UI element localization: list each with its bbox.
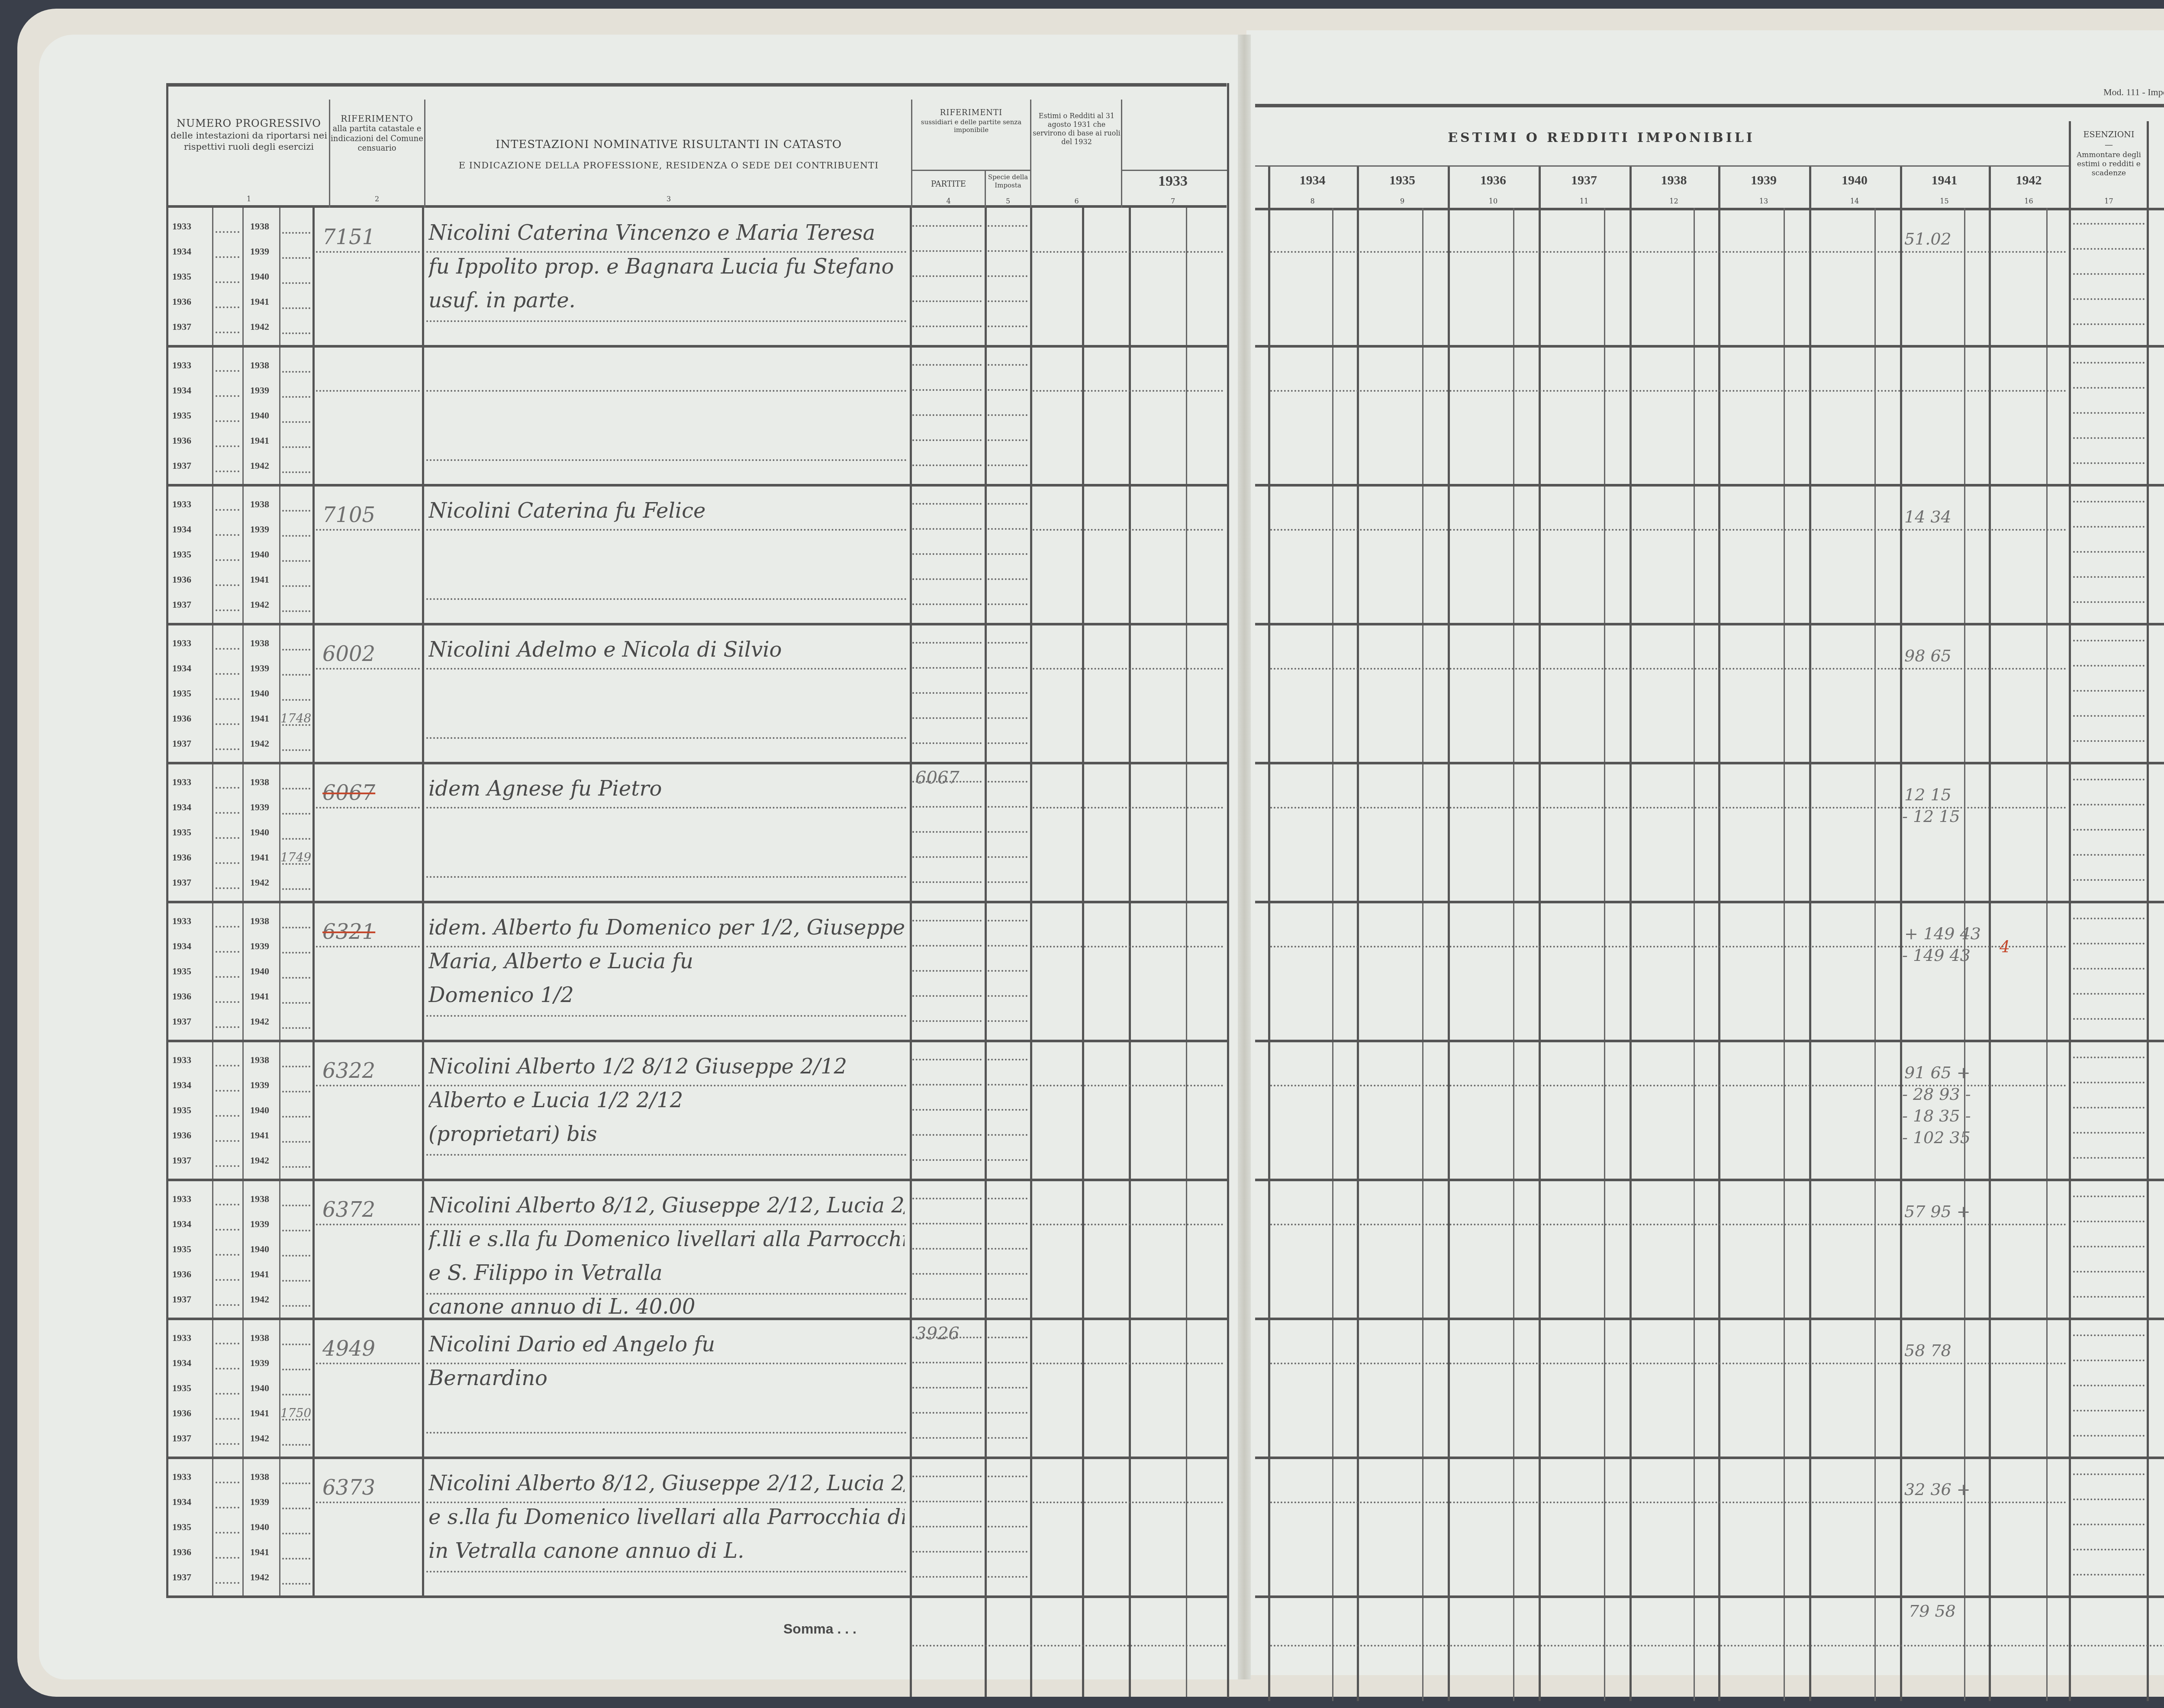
leader-dots <box>216 1393 239 1395</box>
sub-rule <box>911 170 1030 171</box>
esenzioni-line <box>2073 462 2145 464</box>
year-left: 1936 <box>172 296 191 307</box>
owner-name-line: usuf. in parte. <box>428 288 576 313</box>
year-left: 1936 <box>172 713 191 724</box>
cell-line <box>1033 946 1223 947</box>
esenzioni-line <box>2073 1221 2145 1222</box>
year-left: 1933 <box>172 360 191 371</box>
leader-dots <box>216 420 239 422</box>
writing-line <box>426 1571 907 1573</box>
leader-dots <box>282 1558 310 1560</box>
leader-dots <box>282 1533 310 1534</box>
year-left: 1933 <box>172 1471 191 1482</box>
esenzioni-line <box>2073 551 2145 553</box>
leader-dots <box>216 395 239 397</box>
partita-number: 6373 <box>322 1476 375 1500</box>
decimal-sep <box>1604 208 1605 1701</box>
header-bottom-rule <box>166 205 1227 208</box>
year-col-number: 12 <box>1629 197 1718 205</box>
cell-line <box>912 881 982 883</box>
owner-name-line: f.lli e s.lla fu Domenico livellari alla… <box>428 1227 905 1251</box>
leader-dots <box>282 1116 310 1118</box>
leader-dots <box>282 674 310 676</box>
cell-line <box>912 414 982 416</box>
cell-line <box>988 945 1027 947</box>
value-line <box>1270 1363 2067 1364</box>
year-right: 1940 <box>250 1521 269 1533</box>
year-col-number: 13 <box>1718 197 1809 205</box>
year-col-number: 14 <box>1809 197 1900 205</box>
leader-dots <box>282 560 310 562</box>
leader-dots <box>282 307 310 309</box>
writing-line <box>426 1224 907 1225</box>
year-right: 1940 <box>250 271 269 282</box>
year-left: 1937 <box>172 1155 191 1166</box>
leader-dots <box>282 257 310 259</box>
writing-line <box>316 1363 420 1364</box>
year-left: 1934 <box>172 663 191 674</box>
year-left: 1937 <box>172 1572 191 1583</box>
writing-line <box>426 459 907 461</box>
years-rule <box>1255 165 2069 167</box>
cell-line <box>988 325 1027 327</box>
year-right: 1939 <box>250 524 269 535</box>
leader-dots <box>216 1065 239 1067</box>
year-left: 1937 <box>172 1294 191 1305</box>
leader-dots <box>216 1254 239 1256</box>
leader-dots <box>216 976 239 978</box>
year-left: 1935 <box>172 271 191 282</box>
cell-line <box>912 389 982 391</box>
leader-dots <box>216 1026 239 1028</box>
year-left: 1936 <box>172 991 191 1002</box>
writing-line <box>426 946 907 947</box>
esenzioni-line <box>2073 1360 2145 1361</box>
cell-line <box>1033 529 1223 531</box>
cell-line <box>988 528 1027 530</box>
entry-divider <box>166 1318 1229 1320</box>
value-line <box>1270 529 2067 531</box>
cell-line <box>912 1362 982 1363</box>
somma-line <box>912 1645 1226 1647</box>
value-1941: 14 34 <box>1904 507 1951 526</box>
entry-divider <box>1255 762 2164 764</box>
cell-line <box>988 970 1027 972</box>
esenzioni-line <box>2073 576 2145 578</box>
esenzioni-title: ESENZIONI <box>2071 130 2147 140</box>
cell-line <box>988 414 1027 416</box>
cell-line <box>912 642 982 644</box>
esenzioni-line <box>2073 918 2145 919</box>
value-1941-adjustment: - 149 43 <box>1902 946 1971 965</box>
year-right: 1942 <box>250 460 269 471</box>
owner-name-line: fu Ippolito prop. e Bagnara Lucia fu Ste… <box>428 255 894 279</box>
writing-line <box>316 668 420 670</box>
decimal-sep <box>1874 208 1876 1701</box>
cell-line <box>988 1198 1027 1199</box>
cell-line <box>912 1134 982 1136</box>
cell-line <box>988 603 1027 605</box>
value-1941: 58 78 <box>1904 1341 1951 1360</box>
cell-line <box>988 1337 1027 1338</box>
year-left: 1935 <box>172 549 191 560</box>
cell-line <box>912 717 982 719</box>
value-1941: 98 65 <box>1904 646 1951 665</box>
leader-dots <box>216 1304 239 1306</box>
esenzioni-line <box>2073 715 2145 717</box>
value-1941-adjustment: - 102 35 <box>1902 1128 1971 1147</box>
leader-dots <box>282 699 310 701</box>
col-sep <box>1186 208 1187 1697</box>
esenzioni-line <box>2073 601 2145 603</box>
year-right: 1938 <box>250 221 269 232</box>
leader-dots <box>216 534 239 536</box>
esenzioni-line <box>2073 526 2145 528</box>
esenzioni-line <box>2073 804 2145 806</box>
esenzioni-line <box>2073 829 2145 831</box>
col2-title: RIFERIMENTO <box>330 113 424 124</box>
leader-dots <box>282 838 310 840</box>
value-line <box>1270 1502 2067 1503</box>
year-col-sep <box>1900 167 1902 1701</box>
writing-line <box>426 668 907 670</box>
entry-divider <box>1255 1040 2164 1042</box>
partite-reference: 3926 <box>915 1324 960 1344</box>
year-right: 1939 <box>250 1496 269 1508</box>
year-left: 1935 <box>172 410 191 421</box>
year-right: 1938 <box>250 1054 269 1066</box>
year-left: 1934 <box>172 1080 191 1091</box>
cell-line <box>988 1084 1027 1086</box>
leader-dots <box>216 926 239 928</box>
year-header: 1942 <box>1989 173 2069 188</box>
cell-line <box>988 667 1027 669</box>
value-1941: 57 95 + <box>1904 1202 1971 1221</box>
esenzioni-line <box>2073 248 2145 250</box>
annotazioni-number: 18 <box>2149 197 2164 205</box>
cell-line <box>988 1223 1027 1225</box>
writing-line <box>426 1085 907 1086</box>
writing-line <box>426 390 907 392</box>
value-line <box>1270 1224 2067 1225</box>
year-right: 1941 <box>250 852 269 863</box>
somma-1941-value: 79 58 <box>1909 1602 1956 1621</box>
col-sep <box>1082 208 1084 1697</box>
cell-line <box>912 578 982 580</box>
year-left: 1934 <box>172 524 191 535</box>
esenzioni-line <box>2073 273 2145 275</box>
cell-line <box>912 1551 982 1553</box>
cell-line <box>988 856 1027 858</box>
cell-line <box>912 325 982 327</box>
year-right: 1939 <box>250 385 269 396</box>
esenzioni-line <box>2073 968 2145 970</box>
col3-header: INTESTAZIONI NOMINATIVE RISULTANTI IN CA… <box>426 138 911 171</box>
year-right: 1941 <box>250 574 269 585</box>
esenzioni-line <box>2073 223 2145 225</box>
leader-dots <box>216 584 239 586</box>
leader-dots <box>216 256 239 258</box>
year-right: 1941 <box>250 1547 269 1558</box>
year-right: 1938 <box>250 1471 269 1482</box>
writing-line <box>426 320 907 322</box>
year-right: 1939 <box>250 1080 269 1091</box>
cell-line <box>988 781 1027 783</box>
leader-dots <box>282 649 310 651</box>
leader-dots <box>282 585 310 587</box>
cell-line <box>912 225 982 227</box>
writing-line <box>316 946 420 947</box>
leader-dots <box>282 1444 310 1446</box>
owner-name-line: Nicolini Alberto 8/12, Giuseppe 2/12, Lu… <box>428 1193 905 1218</box>
owner-name-line: e S. Filippo in Vetralla <box>428 1261 663 1285</box>
leader-dots <box>216 837 239 839</box>
col1-number: 1 <box>169 195 329 203</box>
cell-line <box>912 1476 982 1477</box>
side-number: 1748 <box>280 711 311 725</box>
year-col-sep <box>1718 167 1720 1701</box>
cell-line <box>988 389 1027 391</box>
leader-dots <box>282 1066 310 1067</box>
cell-line <box>912 692 982 694</box>
year-right: 1939 <box>250 941 269 952</box>
col2-subtitle: alla partita catastale e indicazioni del… <box>330 124 424 154</box>
leader-dots <box>216 812 239 814</box>
value-1941-adjustment: - 18 35 - <box>1902 1106 1971 1125</box>
cell-line <box>912 1298 982 1300</box>
esenzioni-line <box>2073 1334 2145 1336</box>
col45-header: RIFERIMENTI sussidiari e delle partite s… <box>912 108 1030 134</box>
esenzioni-line <box>2073 640 2145 641</box>
year-left: 1936 <box>172 574 191 585</box>
leader-dots <box>216 306 239 308</box>
year-right: 1942 <box>250 1294 269 1305</box>
writing-line <box>316 1502 420 1503</box>
leader-dots <box>282 1255 310 1257</box>
writing-line <box>426 251 907 253</box>
leader-dots <box>282 535 310 537</box>
leader-dots <box>216 370 239 372</box>
year-right: 1942 <box>250 738 269 749</box>
cell-line <box>912 742 982 744</box>
form-model-label: Mod. 111 - Imposte Dirette (Intercalare)… <box>2103 87 2164 98</box>
leader-dots <box>282 888 310 890</box>
year-left: 1933 <box>172 777 191 788</box>
year-left: 1935 <box>172 1105 191 1116</box>
year-right: 1942 <box>250 599 269 610</box>
col4-number: 4 <box>912 197 985 205</box>
esenzioni-line <box>2073 1082 2145 1083</box>
cell-line <box>912 275 982 277</box>
cell-line <box>912 1437 982 1439</box>
cell-line <box>912 945 982 947</box>
col-sep <box>2069 121 2071 1701</box>
leader-dots <box>216 1443 239 1445</box>
cell-line <box>912 364 982 366</box>
year-header: 1937 <box>1539 173 1629 188</box>
esenzioni-dash: — <box>2071 140 2147 151</box>
year-right: 1940 <box>250 549 269 560</box>
cell-line <box>912 250 982 252</box>
year-col-number: 8 <box>1268 197 1357 205</box>
leader-dots <box>282 927 310 928</box>
leader-dots <box>216 723 239 725</box>
year-left: 1937 <box>172 1016 191 1027</box>
year-right: 1939 <box>250 1218 269 1230</box>
esenzioni-line <box>2073 943 2145 944</box>
year-right: 1940 <box>250 827 269 838</box>
year-col-number: 15 <box>1900 197 1989 205</box>
partita-number: 6321 <box>322 920 375 944</box>
value-1941: 91 65 + <box>1904 1063 1971 1082</box>
col3-number: 3 <box>426 195 911 203</box>
year-left: 1933 <box>172 638 191 649</box>
cell-line <box>912 603 982 605</box>
value-line <box>1270 390 2067 392</box>
cell-line <box>988 300 1027 302</box>
year-left: 1934 <box>172 1218 191 1230</box>
cell-line <box>988 692 1027 694</box>
cell-line <box>1033 1363 1223 1364</box>
cell-line <box>912 1198 982 1199</box>
year-left: 1937 <box>172 460 191 471</box>
year-left: 1933 <box>172 221 191 232</box>
year-col-sep <box>1268 167 1270 1701</box>
year-left: 1936 <box>172 1408 191 1419</box>
cell-line <box>912 970 982 972</box>
esenzioni-line <box>2073 665 2145 667</box>
decimal-sep <box>1784 208 1785 1701</box>
col5-number: 5 <box>986 197 1030 205</box>
entry-divider <box>1255 623 2164 625</box>
owner-name-line: in Vetralla canone annuo di L. <box>428 1539 744 1563</box>
value-1941: 32 36 + <box>1904 1480 1971 1499</box>
cell-line <box>988 995 1027 997</box>
leader-dots <box>216 1279 239 1281</box>
cell-line <box>988 742 1027 744</box>
esenzioni-line <box>2073 1132 2145 1134</box>
cell-line <box>912 920 982 922</box>
cell-line <box>988 275 1027 277</box>
esenzioni-line <box>2073 1271 2145 1273</box>
red-check-mark: 4 <box>2000 937 2010 956</box>
leader-dots <box>216 698 239 700</box>
year-left: 1933 <box>172 1332 191 1344</box>
col2-header: RIFERIMENTO alla partita catastale e ind… <box>330 113 424 154</box>
cell-line <box>988 1437 1027 1439</box>
somma-line <box>1270 1645 2164 1647</box>
leader-dots <box>282 232 310 234</box>
year-left: 1936 <box>172 1269 191 1280</box>
esenzioni-line <box>2073 1018 2145 1020</box>
cell-line <box>912 831 982 833</box>
year-left: 1937 <box>172 738 191 749</box>
year-right: 1942 <box>250 321 269 332</box>
cell-line <box>988 1501 1027 1502</box>
value-1941-adjustment: - 28 93 - <box>1902 1085 1971 1104</box>
leader-dots <box>282 396 310 398</box>
esenzioni-line <box>2073 501 2145 503</box>
esenzioni-line <box>2073 1057 2145 1058</box>
entry-divider <box>166 762 1229 764</box>
year-left: 1934 <box>172 246 191 257</box>
year-left: 1937 <box>172 321 191 332</box>
year-right: 1938 <box>250 638 269 649</box>
cell-line <box>988 578 1027 580</box>
partita-number: 6002 <box>322 642 375 666</box>
table-top-rule <box>1255 104 2164 107</box>
entry-divider <box>1255 345 2164 348</box>
cell-line <box>988 806 1027 808</box>
year-left: 1935 <box>172 1383 191 1394</box>
esenzioni-line <box>2073 437 2145 439</box>
leader-dots <box>282 446 310 448</box>
cell-line <box>912 1159 982 1161</box>
col-sep <box>2147 121 2149 1701</box>
cell-line <box>988 1298 1027 1300</box>
year-header: 1934 <box>1268 173 1357 188</box>
entry-divider <box>166 1179 1229 1181</box>
decimal-sep <box>1332 208 1333 1701</box>
col1-title: NUMERO PROGRESSIVO <box>169 117 329 130</box>
year-right: 1939 <box>250 246 269 257</box>
partite-reference: 6067 <box>915 768 960 788</box>
year-left: 1936 <box>172 852 191 863</box>
cell-line <box>988 1020 1027 1022</box>
esenzioni-line <box>2073 1107 2145 1109</box>
esenzioni-line <box>2073 879 2145 881</box>
esenzioni-line <box>2073 412 2145 414</box>
year-right: 1938 <box>250 360 269 371</box>
year-right: 1942 <box>250 1572 269 1583</box>
leader-dots <box>216 1343 239 1344</box>
col7-year: 1933 <box>1123 173 1223 190</box>
year-right: 1938 <box>250 1332 269 1344</box>
writing-line <box>316 529 420 531</box>
entry-divider <box>1255 1457 2164 1459</box>
col3-subtitle: E INDICAZIONE DELLA PROFESSIONE, RESIDEN… <box>426 160 911 171</box>
cell-line <box>912 1020 982 1022</box>
writing-line <box>426 1015 907 1017</box>
leader-dots <box>282 1344 310 1345</box>
writing-line <box>316 1224 420 1225</box>
cell-line <box>988 1476 1027 1477</box>
year-col-sep <box>1629 167 1632 1701</box>
year-col-number: 9 <box>1357 197 1448 205</box>
year-left: 1937 <box>172 877 191 888</box>
leader-dots <box>216 1532 239 1534</box>
entry-divider <box>166 623 1229 625</box>
cell-line <box>1033 1085 1223 1086</box>
cell-line <box>988 881 1027 883</box>
year-right: 1942 <box>250 877 269 888</box>
leader-dots <box>216 445 239 447</box>
writing-line <box>426 1432 907 1434</box>
cell-line <box>912 503 982 505</box>
year-left: 1934 <box>172 941 191 952</box>
cell-line <box>988 920 1027 922</box>
cell-line <box>1033 1502 1223 1503</box>
cell-line <box>988 717 1027 719</box>
col-sep <box>910 208 912 1697</box>
year-right: 1940 <box>250 1383 269 1394</box>
leader-dots <box>282 471 310 473</box>
table-top-rule <box>166 83 1227 87</box>
esenzioni-line <box>2073 1296 2145 1298</box>
cell-line <box>988 503 1027 505</box>
col4-title: PARTITE <box>912 180 985 190</box>
col-sep <box>424 100 425 208</box>
